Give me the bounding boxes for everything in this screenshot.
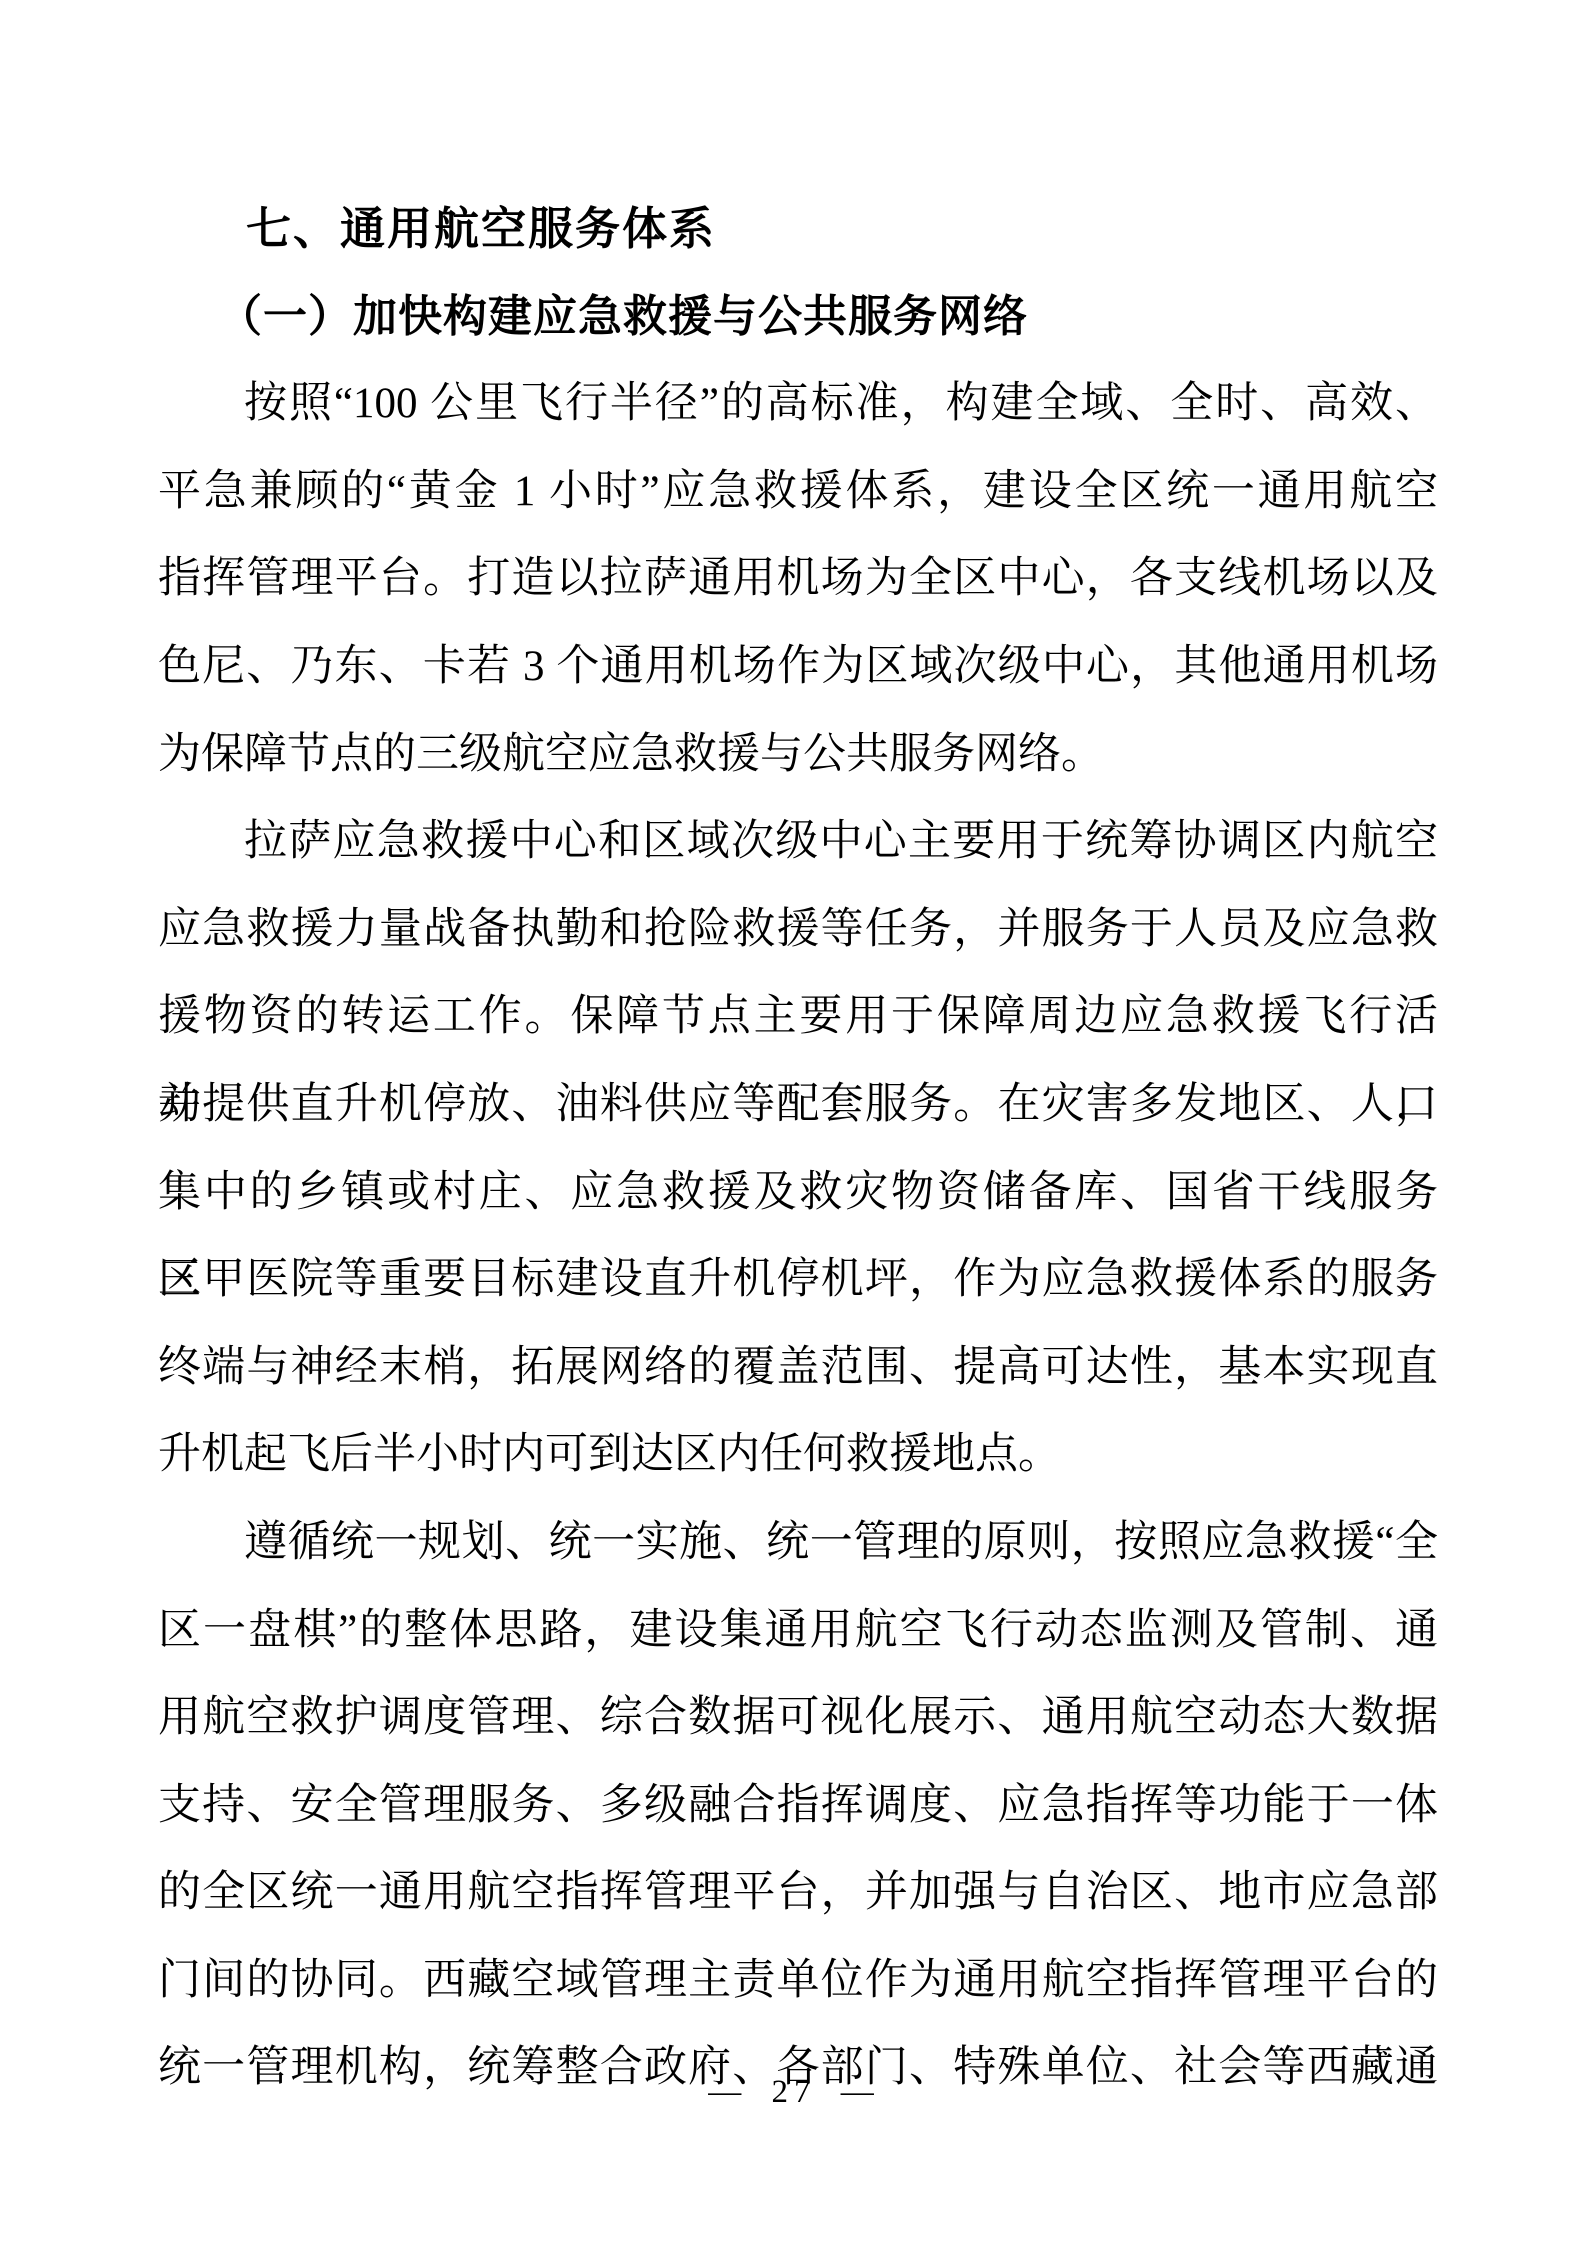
text-line: 遵循统一规划、统一实施、统一管理的原则，按照应急救援“全 (158, 1499, 1438, 1587)
text-line: 用航空救护调度管理、综合数据可视化展示、通用航空动态大数据 (158, 1674, 1438, 1762)
paragraph: 遵循统一规划、统一实施、统一管理的原则，按照应急救援“全 区一盘棋”的整体思路，… (158, 1499, 1438, 2112)
page-number: — 27 — (0, 2062, 1588, 2122)
text-line: 门间的协同。西藏空域管理主责单位作为通用航空指挥管理平台的 (158, 1937, 1438, 2025)
text-line: 并提供直升机停放、油料供应等配套服务。在灾害多发地区、人口 (158, 1061, 1438, 1149)
text-line: 指挥管理平台。打造以拉萨通用机场为全区中心，各支线机场以及 (158, 535, 1438, 623)
text-line: 的全区统一通用航空指挥管理平台，并加强与自治区、地市应急部 (158, 1849, 1438, 1937)
document-page: 七、通用航空服务体系 （一）加快构建应急救援与公共服务网络 按照“100 公里飞… (0, 0, 1588, 2245)
text-line: 终端与神经末梢，拓展网络的覆盖范围、提高可达性，基本实现直 (158, 1324, 1438, 1412)
text-line: 区一盘棋”的整体思路，建设集通用航空飞行动态监测及管制、通 (158, 1587, 1438, 1675)
subsection-heading: （一）加快构建应急救援与公共服务网络 (158, 273, 1438, 361)
paragraph: 拉萨应急救援中心和区域次级中心主要用于统筹协调区内航空 应急救援力量战备执勤和抢… (158, 798, 1438, 1499)
text-line: 援物资的转运工作。保障节点主要用于保障周边应急救援飞行活动， (158, 973, 1438, 1061)
text-line: 拉萨应急救援中心和区域次级中心主要用于统筹协调区内航空 (158, 798, 1438, 886)
text-line: 集中的乡镇或村庄、应急救援及救灾物资储备库、国省干线服务区、 (158, 1149, 1438, 1237)
text-line: 按照“100 公里飞行半径”的高标准，构建全域、全时、高效、 (158, 360, 1438, 448)
text-line: 升机起飞后半小时内可到达区内任何救援地点。 (158, 1411, 1438, 1499)
text-line: 色尼、乃东、卡若 3 个通用机场作为区域次级中心，其他通用机场 (158, 623, 1438, 711)
text-line: 平急兼顾的“黄金 1 小时”应急救援体系，建设全区统一通用航空 (158, 448, 1438, 536)
paragraph: 按照“100 公里飞行半径”的高标准，构建全域、全时、高效、 平急兼顾的“黄金 … (158, 360, 1438, 798)
text-line: 应急救援力量战备执勤和抢险救援等任务，并服务于人员及应急救 (158, 886, 1438, 974)
section-heading: 七、通用航空服务体系 (158, 185, 1438, 273)
text-column: 七、通用航空服务体系 （一）加快构建应急救援与公共服务网络 按照“100 公里飞… (158, 185, 1438, 2112)
text-line: 三甲医院等重要目标建设直升机停机坪，作为应急救援体系的服务 (158, 1236, 1438, 1324)
text-line: 支持、安全管理服务、多级融合指挥调度、应急指挥等功能于一体 (158, 1762, 1438, 1850)
text-line: 为保障节点的三级航空应急救援与公共服务网络。 (158, 711, 1438, 799)
